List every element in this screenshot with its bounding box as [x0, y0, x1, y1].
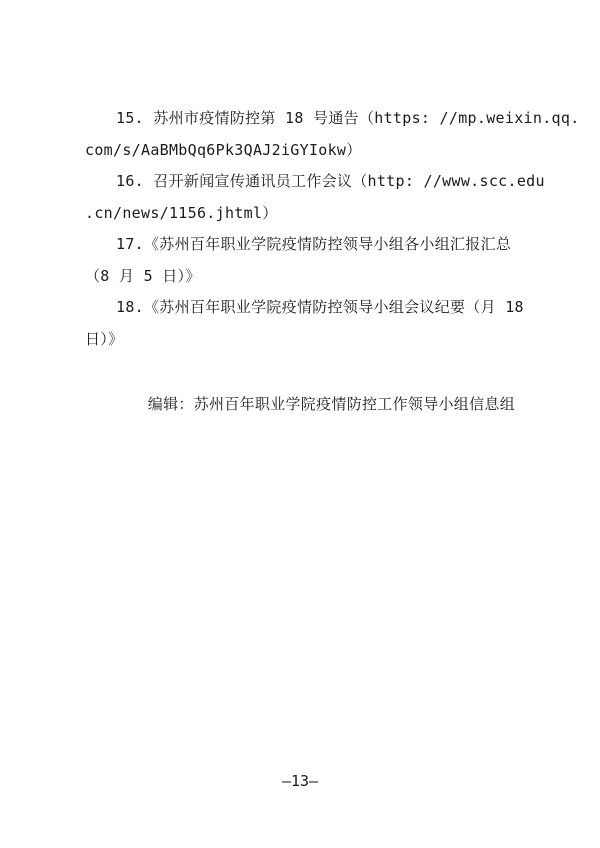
page-footer: —13—: [0, 770, 600, 792]
list-item-16-line-1: 16. 召开新闻宣传通讯员工作会议（http: //www.scc.edu: [85, 166, 515, 198]
editor-credit-line: 编辑：苏州百年职业学院疫情防控工作领导小组信息组: [85, 389, 515, 421]
list-item-18-line-2: 日）》: [85, 324, 515, 356]
list-item-16-line-2: .cn/news/1156.jhtml）: [85, 198, 515, 230]
list-item-18-line-1: 18.《苏州百年职业学院疫情防控领导小组会议纪要（月 18: [85, 292, 515, 324]
list-item-15-line-2: com/s/AaBMbQq6Pk3QAJ2iGYIokw）: [85, 135, 515, 167]
list-item-17-line-1: 17.《苏州百年职业学院疫情防控领导小组各小组汇报汇总: [85, 229, 515, 261]
list-item-15-line-1: 15. 苏州市疫情防控第 18 号通告（https: //mp.weixin.q…: [85, 103, 515, 135]
document-body: 15. 苏州市疫情防控第 18 号通告（https: //mp.weixin.q…: [85, 103, 515, 421]
document-page: 15. 苏州市疫情防控第 18 号通告（https: //mp.weixin.q…: [0, 0, 600, 848]
page-number: —13—: [282, 772, 318, 790]
list-item-17-line-2: （8 月 5 日）》: [85, 261, 515, 293]
